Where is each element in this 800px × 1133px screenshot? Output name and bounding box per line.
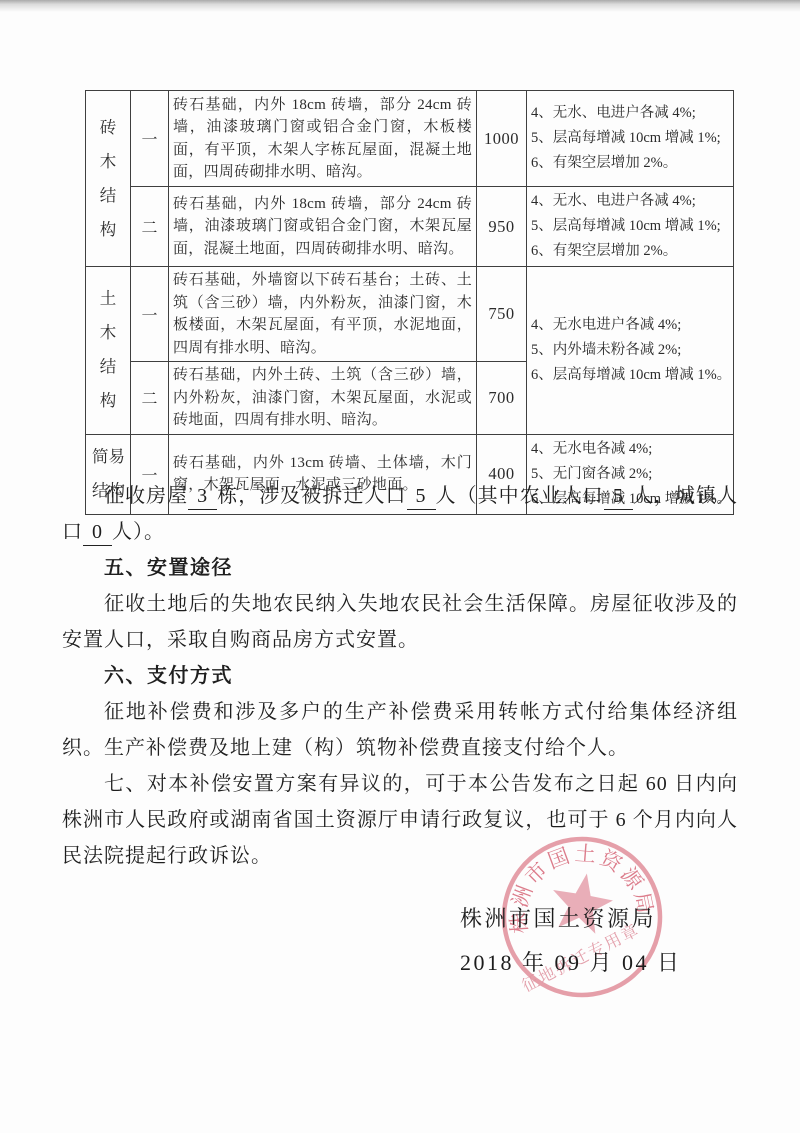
note-line: 5、层高每增减 10cm 增减 1%; — [531, 214, 729, 239]
grade-cell: 二 — [131, 187, 169, 267]
text-segment: 征收房屋 — [104, 485, 188, 507]
price-cell: 950 — [477, 187, 527, 267]
grade-cell: 一 — [131, 267, 169, 362]
heading-section6: 六、支付方式 — [62, 658, 738, 694]
description-cell: 砖石基础，内外 18cm 砖墙，部分 24cm 砖墙，油漆玻璃门窗或铝合金门窗，… — [169, 91, 477, 187]
text-segment: 栋，涉及被拆迁人口 — [217, 485, 406, 507]
paragraph-housing: 征收房屋3栋，涉及被拆迁人口5人（其中农业人口5人，城镇人口0人）。 — [62, 478, 738, 550]
structure-label: 砖木结构 — [99, 111, 117, 247]
underlined-value: 3 — [188, 483, 217, 510]
grade-cell: 二 — [131, 362, 169, 435]
note-line: 6、有架空层增加 2%。 — [531, 239, 729, 264]
note-line: 6、有架空层增加 2%。 — [531, 151, 729, 176]
paragraph-section5: 征收土地后的失地农民纳入失地农民社会生活保障。房屋征收涉及的安置人口，采取自购商… — [62, 586, 738, 658]
signature-block: 株洲市国土资源局 2018 年 09 月 04 日 — [460, 897, 682, 985]
underlined-value: 5 — [604, 483, 633, 510]
description-cell: 砖石基础，外墙窗以下砖石基台；土砖、土筑（含三砂）墙，内外粉灰，油漆门窗，木板楼… — [169, 267, 477, 362]
structure-cell-brick-wood: 砖木结构 — [86, 91, 131, 267]
underlined-value: 5 — [407, 483, 436, 510]
description-cell: 砖石基础，内外土砖、土筑（含三砂）墙，内外粉灰，油漆门窗，木架瓦屋面，水泥或砖地… — [169, 362, 477, 435]
price-cell: 1000 — [477, 91, 527, 187]
notes-cell: 4、无水、电进户各减 4%; 5、层高每增减 10cm 增减 1%; 6、有架空… — [527, 187, 734, 267]
note-line: 5、内外墙未粉各减 2%; — [531, 338, 729, 363]
signature-date: 2018 年 09 月 04 日 — [460, 941, 682, 985]
table-row: 二 砖石基础，内外 18cm 砖墙，部分 24cm 砖墙，油漆玻璃门窗或铝合金门… — [86, 187, 734, 267]
compensation-table: 砖木结构 一 砖石基础，内外 18cm 砖墙，部分 24cm 砖墙，油漆玻璃门窗… — [85, 90, 734, 515]
text-segment: 人）。 — [112, 521, 165, 543]
price-cell: 750 — [477, 267, 527, 362]
grade-cell: 一 — [131, 91, 169, 187]
table-row: 土木结构 一 砖石基础，外墙窗以下砖石基台；土砖、土筑（含三砂）墙，内外粉灰，油… — [86, 267, 734, 362]
paragraph-section6: 征地补偿费和涉及多户的生产补偿费采用转帐方式付给集体经济组织。生产补偿费及地上建… — [62, 694, 738, 766]
note-line: 6、层高每增减 10cm 增减 1%。 — [531, 363, 729, 388]
note-line: 4、无水电进户各减 4%; — [531, 313, 729, 338]
notes-cell: 4、无水、电进户各减 4%; 5、层高每增减 10cm 增减 1%; 6、有架空… — [527, 91, 734, 187]
underlined-value: 0 — [83, 519, 112, 546]
description-cell: 砖石基础，内外 18cm 砖墙，部分 24cm 砖墙，油漆玻璃门窗或铝合金门窗，… — [169, 187, 477, 267]
structure-cell-earth-wood: 土木结构 — [86, 267, 131, 435]
structure-label: 土木结构 — [99, 282, 117, 418]
document-page: 砖木结构 一 砖石基础，内外 18cm 砖墙，部分 24cm 砖墙，油漆玻璃门窗… — [0, 0, 800, 1133]
note-line: 4、无水电各减 4%; — [531, 437, 729, 462]
notes-cell-merged: 4、无水电进户各减 4%; 5、内外墙未粉各减 2%; 6、层高每增减 10cm… — [527, 267, 734, 435]
scan-shadow — [0, 0, 800, 12]
note-line: 5、层高每增减 10cm 增减 1%; — [531, 126, 729, 151]
note-line: 4、无水、电进户各减 4%; — [531, 101, 729, 126]
heading-section5: 五、安置途径 — [62, 550, 738, 586]
signature-org: 株洲市国土资源局 — [460, 897, 682, 941]
note-line: 4、无水、电进户各减 4%; — [531, 189, 729, 214]
table-row: 砖木结构 一 砖石基础，内外 18cm 砖墙，部分 24cm 砖墙，油漆玻璃门窗… — [86, 91, 734, 187]
price-cell: 700 — [477, 362, 527, 435]
text-segment: 人（其中农业人口 — [436, 485, 604, 507]
